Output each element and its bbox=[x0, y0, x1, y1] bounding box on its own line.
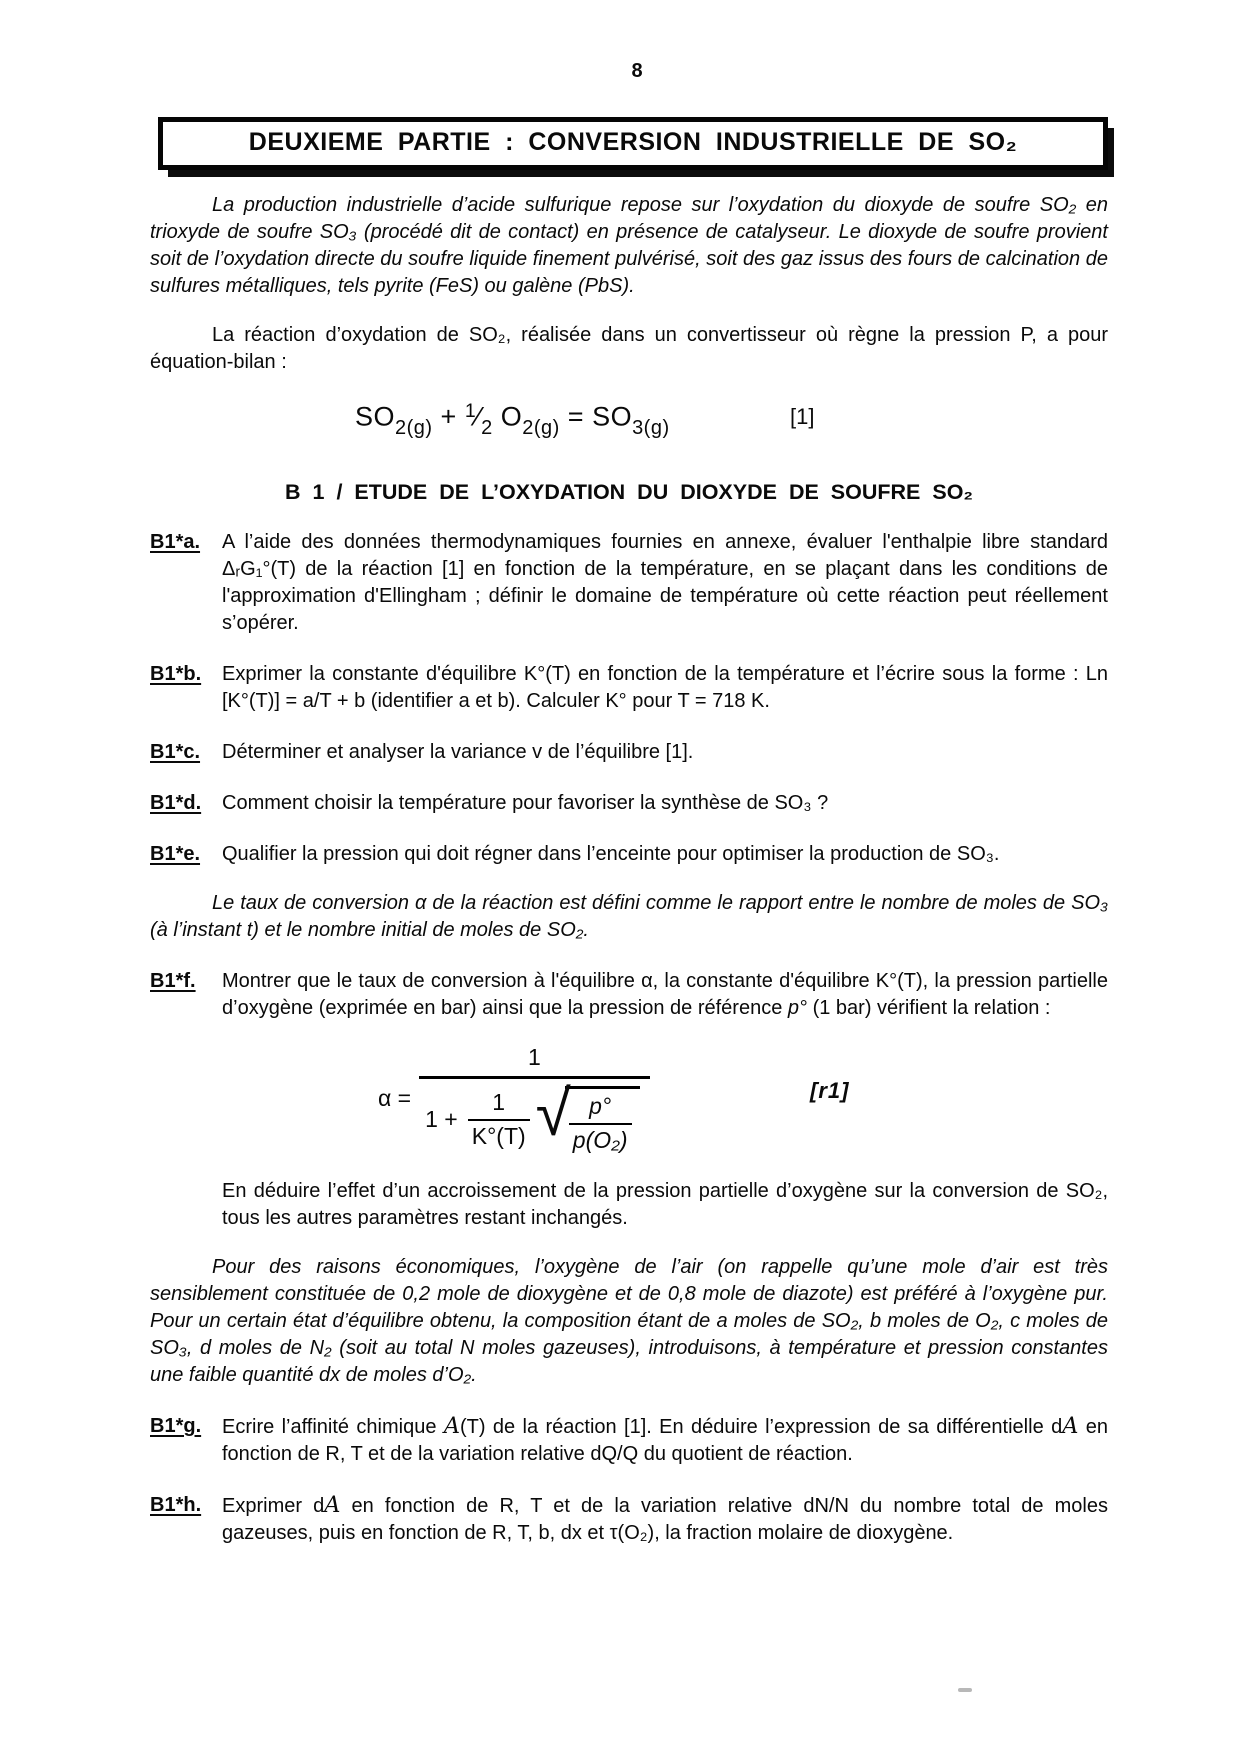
note-economic: Pour des raisons économiques, l’oxygène … bbox=[150, 1254, 1108, 1389]
document-page: 8 DEUXIEME PARTIE : CONVERSION INDUSTRIE… bbox=[0, 0, 1255, 1547]
question-b1a-label: B1*a. bbox=[150, 529, 210, 556]
question-b1f-text: Montrer que le taux de conversion à l'éq… bbox=[222, 968, 1108, 1022]
inverse-k-numerator: 1 bbox=[468, 1090, 530, 1119]
question-b1g-label: B1*g. bbox=[150, 1413, 210, 1440]
equation-1-row: SO2(g) + 1⁄2 O2(g) = SO3(g) [1] bbox=[150, 396, 1108, 452]
question-b1h: B1*h. Exprimer dA en fonction de R, T et… bbox=[150, 1492, 1108, 1547]
equation-r1-label: [r1] bbox=[810, 1078, 849, 1104]
question-b1a-text: A l’aide des données thermodynamiques fo… bbox=[222, 529, 1108, 637]
inverse-k-denominator: K°(T) bbox=[468, 1119, 530, 1150]
equation-r1-lhs: α = bbox=[378, 1085, 411, 1112]
equation-1: SO2(g) + 1⁄2 O2(g) = SO3(g) bbox=[355, 400, 670, 440]
question-b1b: B1*b. Exprimer la constante d'équilibre … bbox=[150, 661, 1108, 715]
question-b1f-label: B1*f. bbox=[150, 968, 210, 995]
page-number: 8 bbox=[158, 60, 1116, 83]
square-root-sign: √ bbox=[536, 1087, 571, 1139]
equation-r1-one-plus: 1 + bbox=[425, 1106, 458, 1133]
question-b1e: B1*e. Qualifier la pression qui doit rég… bbox=[150, 841, 1108, 868]
question-b1f-continuation: En déduire l’effet d’un accroissement de… bbox=[222, 1178, 1108, 1232]
equation-r1-inverse-k-fraction: 1 K°(T) bbox=[468, 1090, 530, 1150]
part-title: DEUXIEME PARTIE : CONVERSION INDUSTRIELL… bbox=[249, 128, 1017, 156]
pressure-ratio-fraction: p° p(O₂) bbox=[569, 1094, 632, 1154]
equation-r1-denominator: 1 + 1 K°(T) √ p° p(O₂) bbox=[419, 1076, 649, 1154]
question-b1c-text: Déterminer et analyser la variance v de … bbox=[222, 739, 1108, 766]
equation-r1-numerator: 1 bbox=[522, 1044, 547, 1076]
question-b1b-text: Exprimer la constante d'équilibre K°(T) … bbox=[222, 661, 1108, 715]
question-b1c: B1*c. Déterminer et analyser la variance… bbox=[150, 739, 1108, 766]
question-b1d: B1*d. Comment choisir la température pou… bbox=[150, 790, 1108, 817]
pressure-ratio-numerator: p° bbox=[569, 1094, 632, 1123]
question-b1g-text: Ecrire l’affinité chimique A(T) de la ré… bbox=[222, 1413, 1108, 1468]
equation-r1: α = 1 1 + 1 K°(T) √ p° p(O₂) bbox=[378, 1044, 650, 1154]
intro-paragraph-2: La réaction d’oxydation de SO₂, réalisée… bbox=[150, 322, 1108, 376]
pressure-ratio-denominator: p(O₂) bbox=[569, 1123, 632, 1154]
square-root: √ p° p(O₂) bbox=[536, 1086, 640, 1154]
question-b1e-label: B1*e. bbox=[150, 841, 210, 868]
equation-r1-main-fraction: 1 1 + 1 K°(T) √ p° p(O₂) bbox=[419, 1044, 649, 1154]
question-b1h-label: B1*h. bbox=[150, 1492, 210, 1519]
question-b1g: B1*g. Ecrire l’affinité chimique A(T) de… bbox=[150, 1413, 1108, 1468]
equation-1-label: [1] bbox=[790, 404, 814, 430]
scan-artifact-dot bbox=[958, 1688, 972, 1692]
question-b1h-text: Exprimer dA en fonction de R, T et de la… bbox=[222, 1492, 1108, 1547]
question-b1f: B1*f. Montrer que le taux de conversion … bbox=[150, 968, 1108, 1022]
part-title-box: DEUXIEME PARTIE : CONVERSION INDUSTRIELL… bbox=[158, 117, 1108, 170]
question-b1a: B1*a. A l’aide des données thermodynamiq… bbox=[150, 529, 1108, 637]
section-b1-heading: B 1 / ETUDE DE L’OXYDATION DU DIOXYDE DE… bbox=[150, 480, 1108, 505]
equation-r1-row: α = 1 1 + 1 K°(T) √ p° p(O₂) bbox=[150, 1038, 1108, 1160]
note-conversion-rate: Le taux de conversion α de la réaction e… bbox=[150, 890, 1108, 944]
question-b1c-label: B1*c. bbox=[150, 739, 210, 766]
question-b1b-label: B1*b. bbox=[150, 661, 210, 688]
square-root-content: p° p(O₂) bbox=[565, 1086, 640, 1154]
question-b1e-text: Qualifier la pression qui doit régner da… bbox=[222, 841, 1108, 868]
intro-paragraph-1: La production industrielle d’acide sulfu… bbox=[150, 192, 1108, 300]
question-b1d-text: Comment choisir la température pour favo… bbox=[222, 790, 1108, 817]
question-b1d-label: B1*d. bbox=[150, 790, 210, 817]
